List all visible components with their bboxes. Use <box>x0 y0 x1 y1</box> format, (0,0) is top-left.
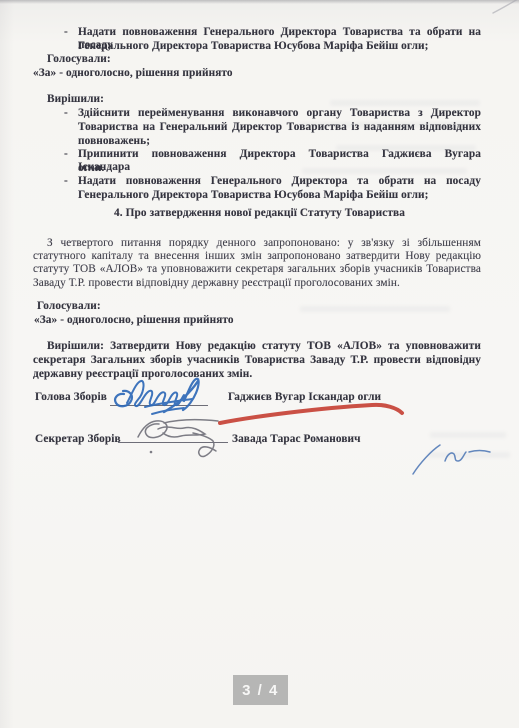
handwritten-initials <box>413 445 490 474</box>
list-marker: - <box>64 175 68 188</box>
resolution-line: секретаря Загальних зборів учасників Тов… <box>33 354 481 367</box>
resolution-line: державну реєстрації проголосованих змін. <box>33 368 252 381</box>
signature-line <box>118 442 228 443</box>
list-item-line: огли. <box>78 162 104 175</box>
resolutions-heading: Вирішили: <box>47 93 104 106</box>
signature-role-secretary: Секретар Зборів <box>35 433 121 446</box>
red-marker-line <box>220 405 402 423</box>
corner-pen-mark <box>493 0 518 13</box>
signature-name-chairman: Гаджиєв Вугар Іскандар огли <box>228 391 381 404</box>
vote-heading: Голосували: <box>37 300 101 313</box>
list-marker: - <box>64 148 68 161</box>
paragraph-line: статуту ТОВ «АЛОВ» та уповноважити секре… <box>33 263 481 276</box>
list-item-line: Генерального Директора Товариства Юсубов… <box>78 189 429 202</box>
paragraph-line: статутного капіталу та внесення інших зм… <box>33 250 481 263</box>
list-item-line: Припинити повноваження Директора Товарис… <box>78 148 481 174</box>
signature-name-secretary: Завада Тарас Романович <box>232 433 361 446</box>
list-item-line: Надати повноваження Генерального Директо… <box>78 175 481 188</box>
signature-line <box>110 405 208 406</box>
list-marker: - <box>64 107 68 120</box>
vote-result: «За» - одноголосно, рішення прийнято <box>34 314 234 327</box>
bleed-through <box>428 452 510 458</box>
bleed-through <box>430 432 506 438</box>
list-item-line: повноважень; <box>78 135 150 148</box>
resolution-line: Вирішили: Затвердити Нову редакцію стату… <box>47 340 481 353</box>
list-item-line: Здійснити перейменування виконавчого орг… <box>78 107 481 120</box>
list-item-line: Генерального Директора Товариства Юсубов… <box>78 40 429 53</box>
page-indicator-badge: 3 / 4 <box>233 675 288 705</box>
vote-result: «За» - одноголосно, рішення прийнято <box>33 67 233 80</box>
page-indicator-text: 3 / 4 <box>242 682 279 699</box>
section-heading: 4. Про затвердження нової редакції Стату… <box>0 207 519 220</box>
signature-role-chairman: Голова Зборів <box>35 391 107 404</box>
chairman-signature-ink <box>115 379 199 414</box>
list-item-line: Товариства на Генеральний Директор Товар… <box>78 121 481 134</box>
bleed-through <box>330 100 480 106</box>
secretary-signature-ink <box>138 420 218 457</box>
scanned-document-page: - Надати повноваження Генерального Дирек… <box>0 0 519 728</box>
bleed-through <box>300 306 450 312</box>
list-marker: - <box>64 26 68 39</box>
paragraph-line: З четвертого питання порядку денного зап… <box>47 237 481 250</box>
paragraph-line: Заваду Т.Р. провести відповідну державну… <box>33 277 400 290</box>
vote-heading: Голосували: <box>47 53 111 66</box>
